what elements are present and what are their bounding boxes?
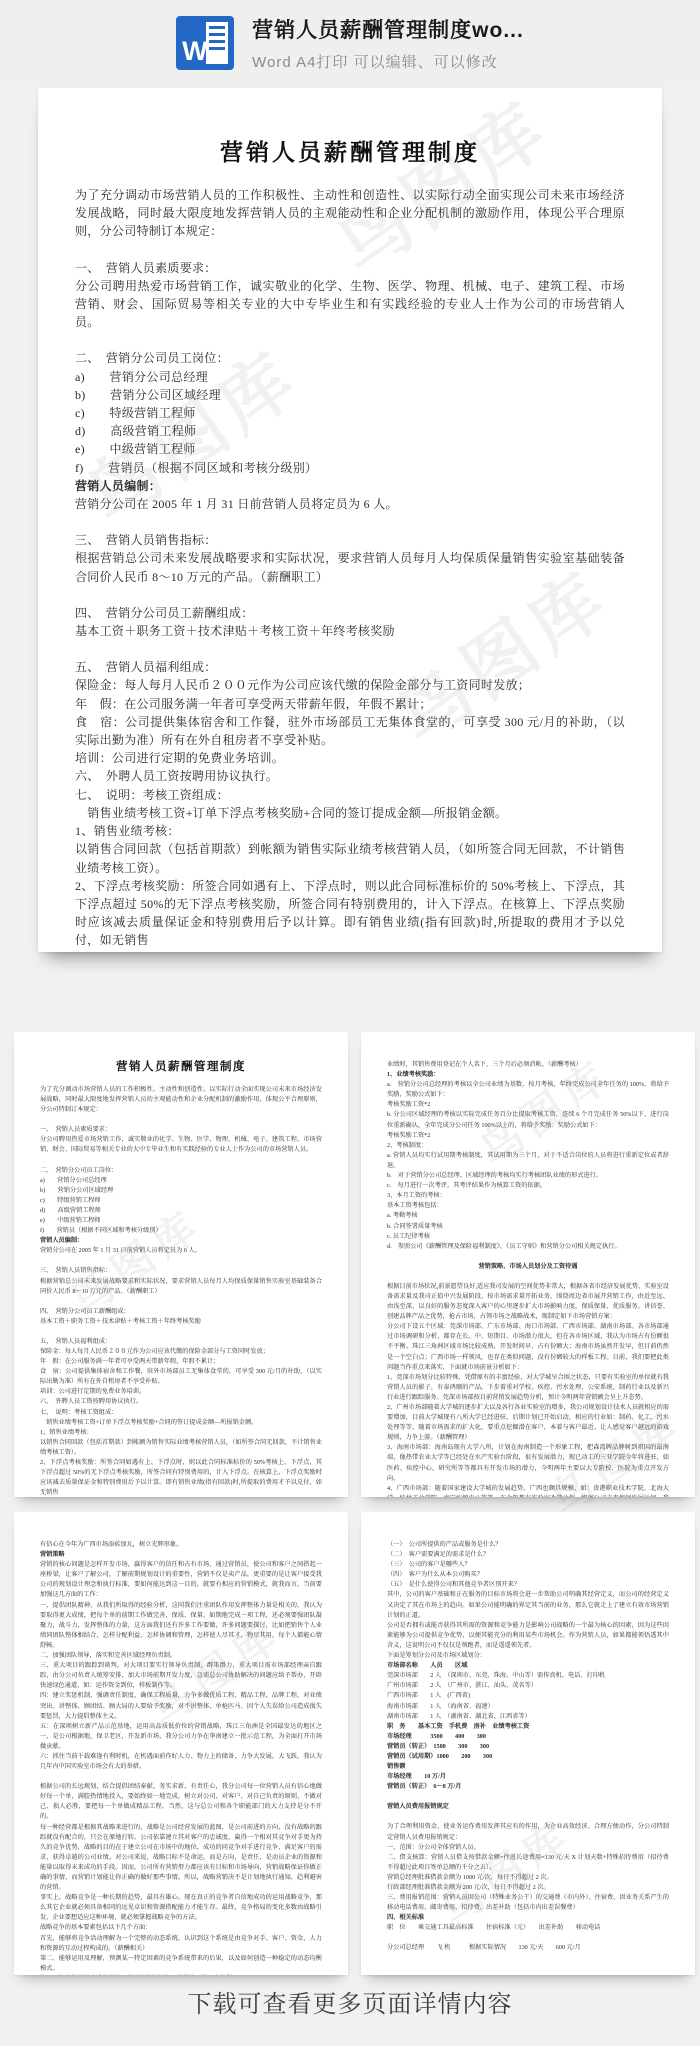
doc-line: 保险金：每人每月人民币２００元作为公司应该代缴的保险金部分与工资同时发放； <box>75 676 625 694</box>
doc-line: 2、广州市场部随着大学城的逐步扩大以及各行各业实验室的增多，我公司规划设计技术人… <box>387 1403 669 1443</box>
doc-line: 营销策略、市场人员划分及工资待遇 <box>387 1262 669 1272</box>
doc-line: 分公司聘用热爱市场营销工作，诚实敬业的化学、生物、医学、物理、机械、电子、建筑工… <box>40 1135 322 1155</box>
doc-line: 营销人员薪酬管理制度 <box>75 140 625 166</box>
doc-line: 销售额 <box>387 1762 669 1772</box>
doc-line: 1、销售业绩考核： <box>40 1428 322 1438</box>
page-thumbnail-1[interactable]: 营销人员薪酬管理制度为了充分调动市场营销人员的工作积极性、主动性和创造性、以实际… <box>14 1032 348 1497</box>
doc-line: 营销策略 <box>40 1550 322 1560</box>
doc-line: 食 宿：公司提供集体宿舍和工作餐，驻外市场部员工无集体食堂的，可享受 300 元… <box>75 713 625 749</box>
doc-line: c. 每月进行一次考评，其考评结果作为核算工资的依据。 <box>387 1181 669 1191</box>
doc-line: 职 位 乘交通工具最高标准 住宿标准（元） 出差补助 移动电话 <box>387 1923 669 1933</box>
doc-line: 其中，公司的客户基础和正在服务的目标市场将会进一步帮助公司明确其经营定义，而公司… <box>387 1590 669 1620</box>
doc-line: 年 假：在公司服务满一年者可享受两天带薪年假，年假不累计； <box>75 695 625 713</box>
doc-line: 一、 营销人员素质要求： <box>75 259 625 277</box>
doc-line: 七、 说明：考核工资组成： <box>40 1408 322 1418</box>
doc-line: f) 营销员（根据不同区域和考核分级别） <box>75 459 625 477</box>
doc-line: 营销人员编制： <box>75 477 625 495</box>
doc-line: 首先，能够将竞争活动理解为一个完整的动态系统，认识到这个系统是由竞争对手、客户、… <box>40 1934 322 1954</box>
page3-thumb-content: 有信心在今年为广西市场添砖加瓦，树立光辉形象。营销策略营销的核心问题是怎样开发市… <box>40 1540 322 1975</box>
doc-line: b) 营销分公司区域经理 <box>40 1186 322 1196</box>
doc-line: a) 营销分公司总经理 <box>40 1176 322 1186</box>
doc-line: 二、借支核算：营销人员借支按借款金额=往返长途费用=130 元/天 X 计划天数… <box>387 1853 669 1873</box>
page2-thumb-content: 业绩时，其销售费用登记在个人名下，三个月后必须消帐。（薪酬考核）1、业绩考核奖励… <box>387 1060 669 1497</box>
doc-line: 营销员（转正） 1500 300 300 <box>387 1742 669 1752</box>
doc-line: 1、莞深市场划分比较特殊，凭借原有的丰富经验，对大学城呈合围之状态，只要有实验室… <box>387 1373 669 1403</box>
doc-line: 四：建立奖惩机制，强调责任制度，确保工程质量，力争多做优质工程、精品工程、品牌工… <box>40 1691 322 1721</box>
doc-line: a) 营销分公司总经理 <box>75 368 625 386</box>
doc-line: 营销员（试用期）1000 200 300 <box>387 1752 669 1762</box>
doc-line: 年 假：在公司服务满一年者可享受两天带薪年假，年假不累计； <box>40 1357 322 1367</box>
doc-line: 为了充分调动市场营销人员的工作积极性、主动性和创造性、以实际行动全面实现公司未来… <box>75 186 625 241</box>
doc-line: e) 中级营销工程师 <box>75 440 625 458</box>
doc-line: 每一种经营都是根据其战略来进行的，战略是公司经营发展的蓝图，是公司前进的方向，没… <box>40 1823 322 1894</box>
doc-line: 销售业绩考核工资+订单下浮点考核奖励+合同的签订提成金额—所报销金额。 <box>75 804 625 822</box>
doc-line: 营销总经理批准借款金额为 1000 元/次，每日不得超过 2 次。 <box>387 1873 669 1883</box>
file-meta: Word A4打印 可以编辑、可以修改 <box>252 51 524 72</box>
doc-line: b. 对于营销分公司总经理、区域经理的考核均实行考核团队业绩的形式进行。 <box>387 1171 669 1181</box>
doc-line: f) 营销员（根据不同区域和考核分级别） <box>40 1226 322 1236</box>
doc-line: 1、销售业绩考核： <box>75 822 625 840</box>
doc-line: 以销售合同回款（包括首期款）到帐额为销售实际业绩考核营销人员，（如所签合同无回款… <box>40 1438 322 1458</box>
doc-line: 二、加强团队领导，落实和完善区域经理负责制。 <box>40 1651 322 1661</box>
doc-line: 基本工资考核包括： <box>387 1201 669 1211</box>
doc-line: 为了合理利用资金，使业务运作费用发挥其应有的作用，为企业高效经济、合理方便动作，… <box>387 1822 669 1842</box>
doc-line: 第二、能够运用及理解，预测某一特定因素的竞争系统带来的后果，以及如何创造一种稳定… <box>40 1954 322 1974</box>
doc-line: 湖南市场部 1 人 （湖南省、湖北省、江西省等） <box>387 1712 669 1722</box>
doc-line: 基本工资＋职务工资＋技术津贴＋考核工资＋年终考核奖励 <box>40 1317 322 1327</box>
doc-line: 营销员（转正） 6～8 万/月 <box>387 1782 669 1792</box>
doc-line: 战略竞争的基本要素包括以下几个方面： <box>40 1923 322 1933</box>
doc-line: 营销人员费用报销规定 <box>387 1802 669 1812</box>
doc-line: a. 营销人员均实行试用期考核制度，其试用期为三个月，对于不适合岗位的人员将进行… <box>387 1151 669 1171</box>
header-text-block: 营销人员薪酬管理制度wo... Word A4打印 可以编辑、可以修改 <box>252 14 524 72</box>
doc-line: 销售业绩考核工资+订单下浮点考核奖励+合同的签订提成金额—所报销金额。 <box>40 1418 322 1428</box>
doc-line: 分公司聘用热爱市场营销工作，诚实敬业的化学、生物、医学、物理、机械、电子、建筑工… <box>75 277 625 332</box>
doc-line: 营销分公司在 2005 年 1 月 31 日前营销人员将定员为 6 人。 <box>40 1246 322 1256</box>
doc-line: 4、广西市场部：随着国家建设大学城的发展趋势，广西也颇具规模，如：贵港职业技术学… <box>387 1484 669 1497</box>
doc-line: 广西市场部 1 人 (广西省) <box>387 1691 669 1701</box>
doc-line: 五、 营销人员福利组成： <box>40 1337 322 1347</box>
doc-line: 下面是筹划分公司及市场区域划分： <box>387 1651 669 1661</box>
doc-line: 市场经理 3500 400 300 <box>387 1732 669 1742</box>
doc-line: c) 特级营销工程师 <box>40 1196 322 1206</box>
doc-line: 3、本月工资的考核： <box>387 1191 669 1201</box>
doc-line: 基本工资＋职务工资＋技术津贴＋考核工资＋年终考核奖励 <box>75 622 625 640</box>
doc-line: 营销分公司在 2005 年 1 月 31 日前营销人员将定员为 6 人。 <box>75 495 625 513</box>
doc-line: b) 营销分公司区域经理 <box>75 386 625 404</box>
doc-line: 三、 营销人员销售指标： <box>75 531 625 549</box>
doc-line: 保险金：每人每月人民币２００元作为公司应该代缴的保险金部分与工资同时发放； <box>40 1347 322 1357</box>
doc-line: 为了充分调动市场营销人员的工作积极性、主动性和创造性、以实际行动全面实现公司未来… <box>40 1085 322 1115</box>
doc-line: 一、范围：分公司全体营销人员。 <box>387 1843 669 1853</box>
doc-line: 七、 说明：考核工资组成： <box>75 786 625 804</box>
page-thumbnail-4[interactable]: （一） 公司所提供的产品或服务是什么？（二） 客户需要满足的需求是什么？（三） … <box>361 1512 695 1975</box>
doc-line: 营销的核心问题是怎样开发市场，赢得客户的信任和占有市场，通过营销员，使公司和客户… <box>40 1560 322 1600</box>
doc-line: 2、下浮点考核奖励：所签合同如遇有上、下浮点时，则以此合同标准标价的 50%考核… <box>40 1458 322 1497</box>
doc-line: 3、海南市场部：海南岛现有大学八所，计划在海南制造一个形象工程，把森湾牌品牌树到… <box>387 1443 669 1483</box>
doc-line: 营销人员编制： <box>40 1236 322 1246</box>
word-file-icon: W <box>176 16 234 70</box>
doc-line: 职 务 基本工资 手机费 房补 业绩考核工资 <box>387 1722 669 1732</box>
doc-line: （一） 公司所提供的产品或服务是什么？ <box>387 1540 669 1550</box>
doc-line: （三） 公司的客户是哪些人？ <box>387 1560 669 1570</box>
doc-line: a. 营销分公司总经理的考核以全公司业绩为基数，按月考核，年终完成公司全年任务的… <box>387 1080 669 1100</box>
doc-line: d) 高级营销工程师 <box>40 1206 322 1216</box>
doc-line: 三、 营销人员销售指标： <box>40 1266 322 1276</box>
doc-line: 分公司总经理 飞 机 根据实际情况 130 元/天 600 元/月 <box>387 1943 669 1953</box>
doc-line: 海南市场部 1 人 （海南省、福建） <box>387 1702 669 1712</box>
doc-line: 根据营销总公司未来发展战略要求和实际状况，要求营销人员每月人均保质保量销售实验室… <box>75 549 625 585</box>
file-title: 营销人员薪酬管理制度wo... <box>252 14 524 44</box>
doc-line: 市场部名称 人员 区域 <box>387 1661 669 1671</box>
doc-line: 业绩时，其销售费用登记在个人名下，三个月后必须消帐。（薪酬考核） <box>387 1060 669 1070</box>
doc-line: 五：在深圳树立新产品示范基地，运用高品质低价位的营销战略，珠江三角洲是全国最发达… <box>40 1722 322 1752</box>
document-preview-page: W 营销人员薪酬管理制度wo... Word A4打印 可以编辑、可以修改 营销… <box>0 0 700 2046</box>
doc-line: b. 分公司区域经理的考核以实际完成任务百分比提取考核工资，连续 6 个月完成任… <box>387 1110 669 1130</box>
footer-note: 下载可查看更多页面详情内容 <box>0 1984 700 2019</box>
doc-line: （五） 是什么使得公司和其他竞争者区别开来？ <box>387 1580 669 1590</box>
doc-line: 广州市场部 2 人 （广州市、湛江、汕头、茂名等） <box>387 1681 669 1691</box>
doc-line: 三、重大项目的跟踪到谈判，对大项目要实行领导负责制，群策群力，重大项目需市场部经… <box>40 1661 322 1691</box>
doc-line: a. 考勤考核 <box>387 1211 669 1221</box>
page-thumbnail-2[interactable]: 业绩时，其销售费用登记在个人名下，三个月后必须消帐。（薪酬考核）1、业绩考核奖励… <box>361 1032 695 1497</box>
doc-line: 营销人员薪酬管理制度 <box>40 1060 322 1074</box>
doc-line: 第三、据有能够调动后备资源，甚至这些资源能尽其所能，得以充分利用。 <box>40 1974 322 1975</box>
doc-line: 四、 营销分公司员工薪酬组成： <box>40 1307 322 1317</box>
doc-line: 四、 营销分公司员工薪酬组成： <box>75 604 625 622</box>
doc-line: 有信心在今年为广西市场添砖加瓦，树立光辉形象。 <box>40 1540 322 1550</box>
doc-line: 二、 营销分公司员工岗位： <box>75 349 625 367</box>
page1-thumb-content: 营销人员薪酬管理制度为了充分调动市场营销人员的工作积极性、主动性和创造性、以实际… <box>40 1060 322 1497</box>
page4-thumb-content: （一） 公司所提供的产品或服务是什么？（二） 客户需要满足的需求是什么？（三） … <box>387 1540 669 1954</box>
doc-line: e) 中级营销工程师 <box>40 1216 322 1226</box>
doc-line: 行政部经理批准借款金额为 200 元/次，每日不得超过 2 次。 <box>387 1883 669 1893</box>
doc-line: 三、费用报销范围：营销人员因公司（特殊业务公干）的交通费（市内外）、住宿费、因业… <box>387 1893 669 1913</box>
page-thumbnail-3[interactable]: 有信心在今年为广西市场添砖加瓦，树立光辉形象。营销策略营销的核心问题是怎样开发市… <box>14 1512 348 1975</box>
doc-line: 培训：公司进行定期的免费业务培训。 <box>75 749 625 767</box>
doc-line: 考核奖励工资*2 <box>387 1100 669 1110</box>
doc-line: 食 宿：公司提供集体宿舍和工作餐，驻外市场部员工无集体食堂的，可享受 300 元… <box>40 1367 322 1387</box>
doc-line: 莞深市场部 2 人 （深圳市、东莞、珠海、中山等）需传真机、电话、打印机 <box>387 1671 669 1681</box>
doc-line: d) 高级营销工程师 <box>75 422 625 440</box>
doc-line: b. 合同签署质量考核 <box>387 1222 669 1232</box>
doc-line: 1、业绩考核奖励： <box>387 1070 669 1080</box>
doc-line: c) 特级营销工程师 <box>75 404 625 422</box>
doc-line: 根据目前市场状况,前景愿望良好,适应我司发展的空间优势非常大，根据各省市经济发展… <box>387 1282 669 1322</box>
word-icon-sheet-lines <box>206 22 228 64</box>
doc-line: 根据公司的长远规划，结合提倡团结奉献、务实求新、有责任心，我分公司每一位营销人员… <box>40 1782 322 1822</box>
doc-line: 2、考核制度： <box>387 1141 669 1151</box>
doc-line: 二、 营销分公司员工岗位： <box>40 1166 322 1176</box>
page-preview-1-large: 营销人员薪酬管理制度为了充分调动市场营销人员的工作积极性、主动性和创造性、以实际… <box>38 88 662 952</box>
doc-line: 市场经理 10 万/月 <box>387 1772 669 1782</box>
doc-line: 考核奖励工资*2 <box>387 1131 669 1141</box>
doc-line: 事实上，战略竞争是一种长期的趋势，最具有雄心。现在真正的竞争者自信地成功的运用战… <box>40 1893 322 1923</box>
doc-line: 培训：公司进行定期的免费业务培训。 <box>40 1387 322 1397</box>
doc-line: 根据营销总公司未来发展战略要求和实际状况，要求营销人员每月人均保质保量销售实验室… <box>40 1277 322 1297</box>
doc-line: 一、提倡团队精神，从我们所取得的经验分析，这同我们注重团队作用发挥整体力量是相关… <box>40 1601 322 1651</box>
doc-line: 公司是否拥有或能否获得其所需的资源和竞争能力是影响公司战略的一个最为核心的因素，… <box>387 1621 669 1651</box>
word-icon-letter: W <box>182 36 207 67</box>
doc-line: c. 员工纪律考核 <box>387 1232 669 1242</box>
header: W 营销人员薪酬管理制度wo... Word A4打印 可以编辑、可以修改 <box>0 0 700 86</box>
doc-line: 四、相关标准 <box>387 1913 669 1923</box>
doc-line: 以销售合同回款（包括首期款）到帐额为销售实际业绩考核营销人员，（如所签合同无回款… <box>75 840 625 876</box>
doc-line: （二） 客户需要满足的需求是什么？ <box>387 1550 669 1560</box>
doc-line: 2、下浮点考核奖励：所签合同如遇有上、下浮点时，则以此合同标准标价的 50%考核… <box>75 877 625 950</box>
doc-line: 六、 外聘人员工资按聘用协议执行。 <box>40 1397 322 1407</box>
doc-line: d. 参照公司《薪酬管理及保险福利制度》、《员工守则》和营销分公司相关规定执行。 <box>387 1242 669 1252</box>
doc-line: 一、 营销人员素质要求： <box>40 1125 322 1135</box>
doc-line: 五、 营销人员福利组成： <box>75 658 625 676</box>
page1-content: 营销人员薪酬管理制度为了充分调动市场营销人员的工作积极性、主动性和创造性、以实际… <box>75 140 625 950</box>
doc-line: 六、 外聘人员工资按聘用协议执行。 <box>75 767 625 785</box>
doc-line: （四） 客户为什么从本公司购买？ <box>387 1570 669 1580</box>
doc-line: 分公司下设五个区域：莞深市场部、广东市场部、海口市场部、广西市场部、湖南市场部。… <box>387 1322 669 1372</box>
doc-line: 六：抓住当前千载难逢有利时机，在机遇面前作好人力、物力上的储备，力争大发展，大飞… <box>40 1752 322 1772</box>
